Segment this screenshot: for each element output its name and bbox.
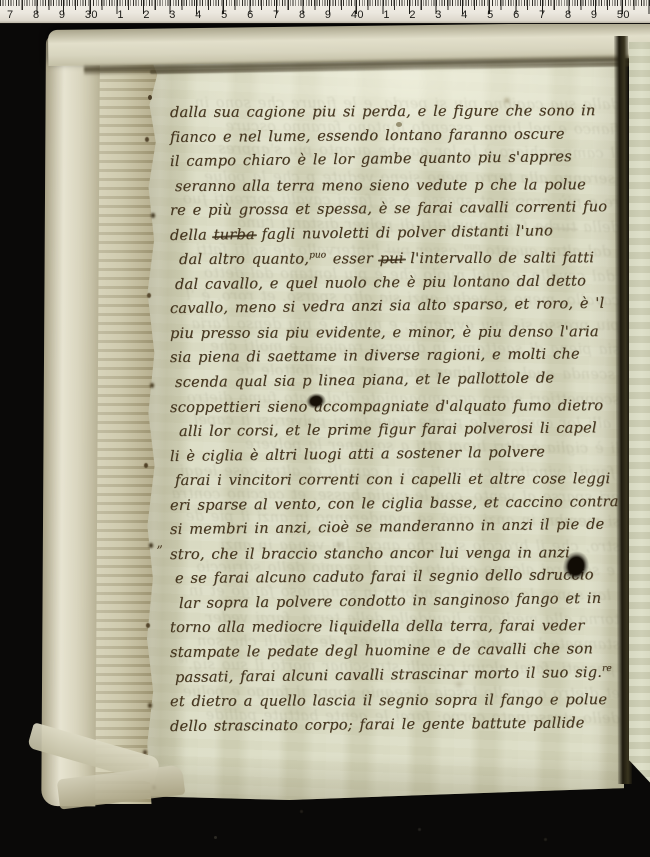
- book-left-cover-edge: [41, 34, 100, 806]
- ruler-scale-numbers: 7893012345678940123456789501: [0, 8, 650, 22]
- ruler-number: 2: [409, 8, 416, 22]
- ruler-number: 8: [33, 8, 40, 22]
- ruler-number: 7: [7, 8, 14, 22]
- ruler-number: 8: [299, 8, 306, 22]
- background-dust-specks: [214, 836, 217, 839]
- ruler-number: 6: [513, 8, 520, 22]
- ruler-number: 3: [169, 8, 176, 22]
- ruler-number: 2: [143, 8, 150, 22]
- ruler-number: 30: [85, 8, 98, 22]
- manuscript-line: cavallo, meno si vedra anzi sia alto spa…: [170, 295, 630, 325]
- ruler-number: 8: [565, 8, 572, 22]
- manuscript-line: lar sopra la polvere condotto in sangino…: [179, 589, 630, 619]
- ruler-number: 6: [247, 8, 254, 22]
- facing-page-sliver: [629, 42, 650, 790]
- measuring-ruler: 7893012345678940123456789501: [0, 0, 650, 24]
- ruler-number: 9: [59, 8, 66, 22]
- ruler-number: 5: [487, 8, 494, 22]
- manuscript-photo: 7893012345678940123456789501 dalla sua c…: [0, 0, 650, 857]
- ruler-number: 7: [539, 8, 546, 22]
- ruler-number: 1: [383, 8, 390, 22]
- ruler-number: 4: [195, 8, 202, 22]
- manuscript-line: il campo chiaro è le lor gambe quanto pi…: [170, 147, 630, 177]
- manuscript-line: dalla sua cagione piu si perda, e le fig…: [170, 102, 630, 129]
- gutter-stain-spots: [148, 95, 152, 100]
- book-gutter-page-edges: [91, 52, 158, 804]
- manuscript-line: li è ciglia è altri luogi atti a sostene…: [170, 442, 630, 472]
- ruler-number: 1: [117, 8, 124, 22]
- ruler-number: 7: [273, 8, 280, 22]
- ruler-number: 9: [325, 8, 332, 22]
- manuscript-line: passati, farai alcuni cavalli strascinar…: [175, 663, 630, 693]
- manuscript-line: della turba fagli nuvoletti di polver di…: [170, 221, 630, 251]
- ruler-number: 4: [461, 8, 468, 22]
- manuscript-line: si membri in anzi, cioè se manderanno in…: [170, 516, 630, 546]
- manuscript-text: dalla sua cagione piu si perda, e le fig…: [170, 104, 630, 742]
- ruler-number: 5: [221, 8, 228, 22]
- manuscript-line: dello strascinato corpo; farai le gente …: [170, 714, 630, 743]
- ruler-number: 40: [351, 8, 364, 22]
- ruler-number: 50: [617, 8, 630, 22]
- ruler-number: 3: [435, 8, 442, 22]
- ruler-number: 9: [591, 8, 598, 22]
- manuscript-line: scenda qual sia p linea piana, et le pal…: [175, 368, 630, 398]
